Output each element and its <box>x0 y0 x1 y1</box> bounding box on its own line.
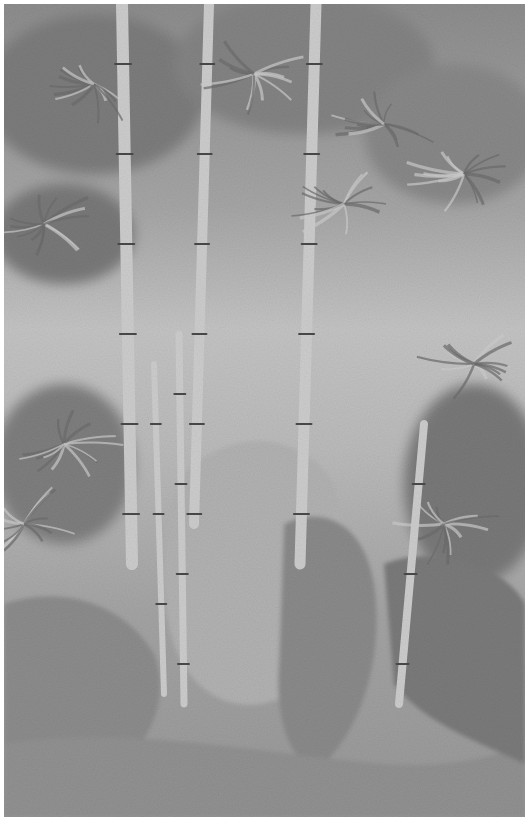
bamboo-painting <box>4 4 525 817</box>
painting-canvas <box>4 4 525 817</box>
